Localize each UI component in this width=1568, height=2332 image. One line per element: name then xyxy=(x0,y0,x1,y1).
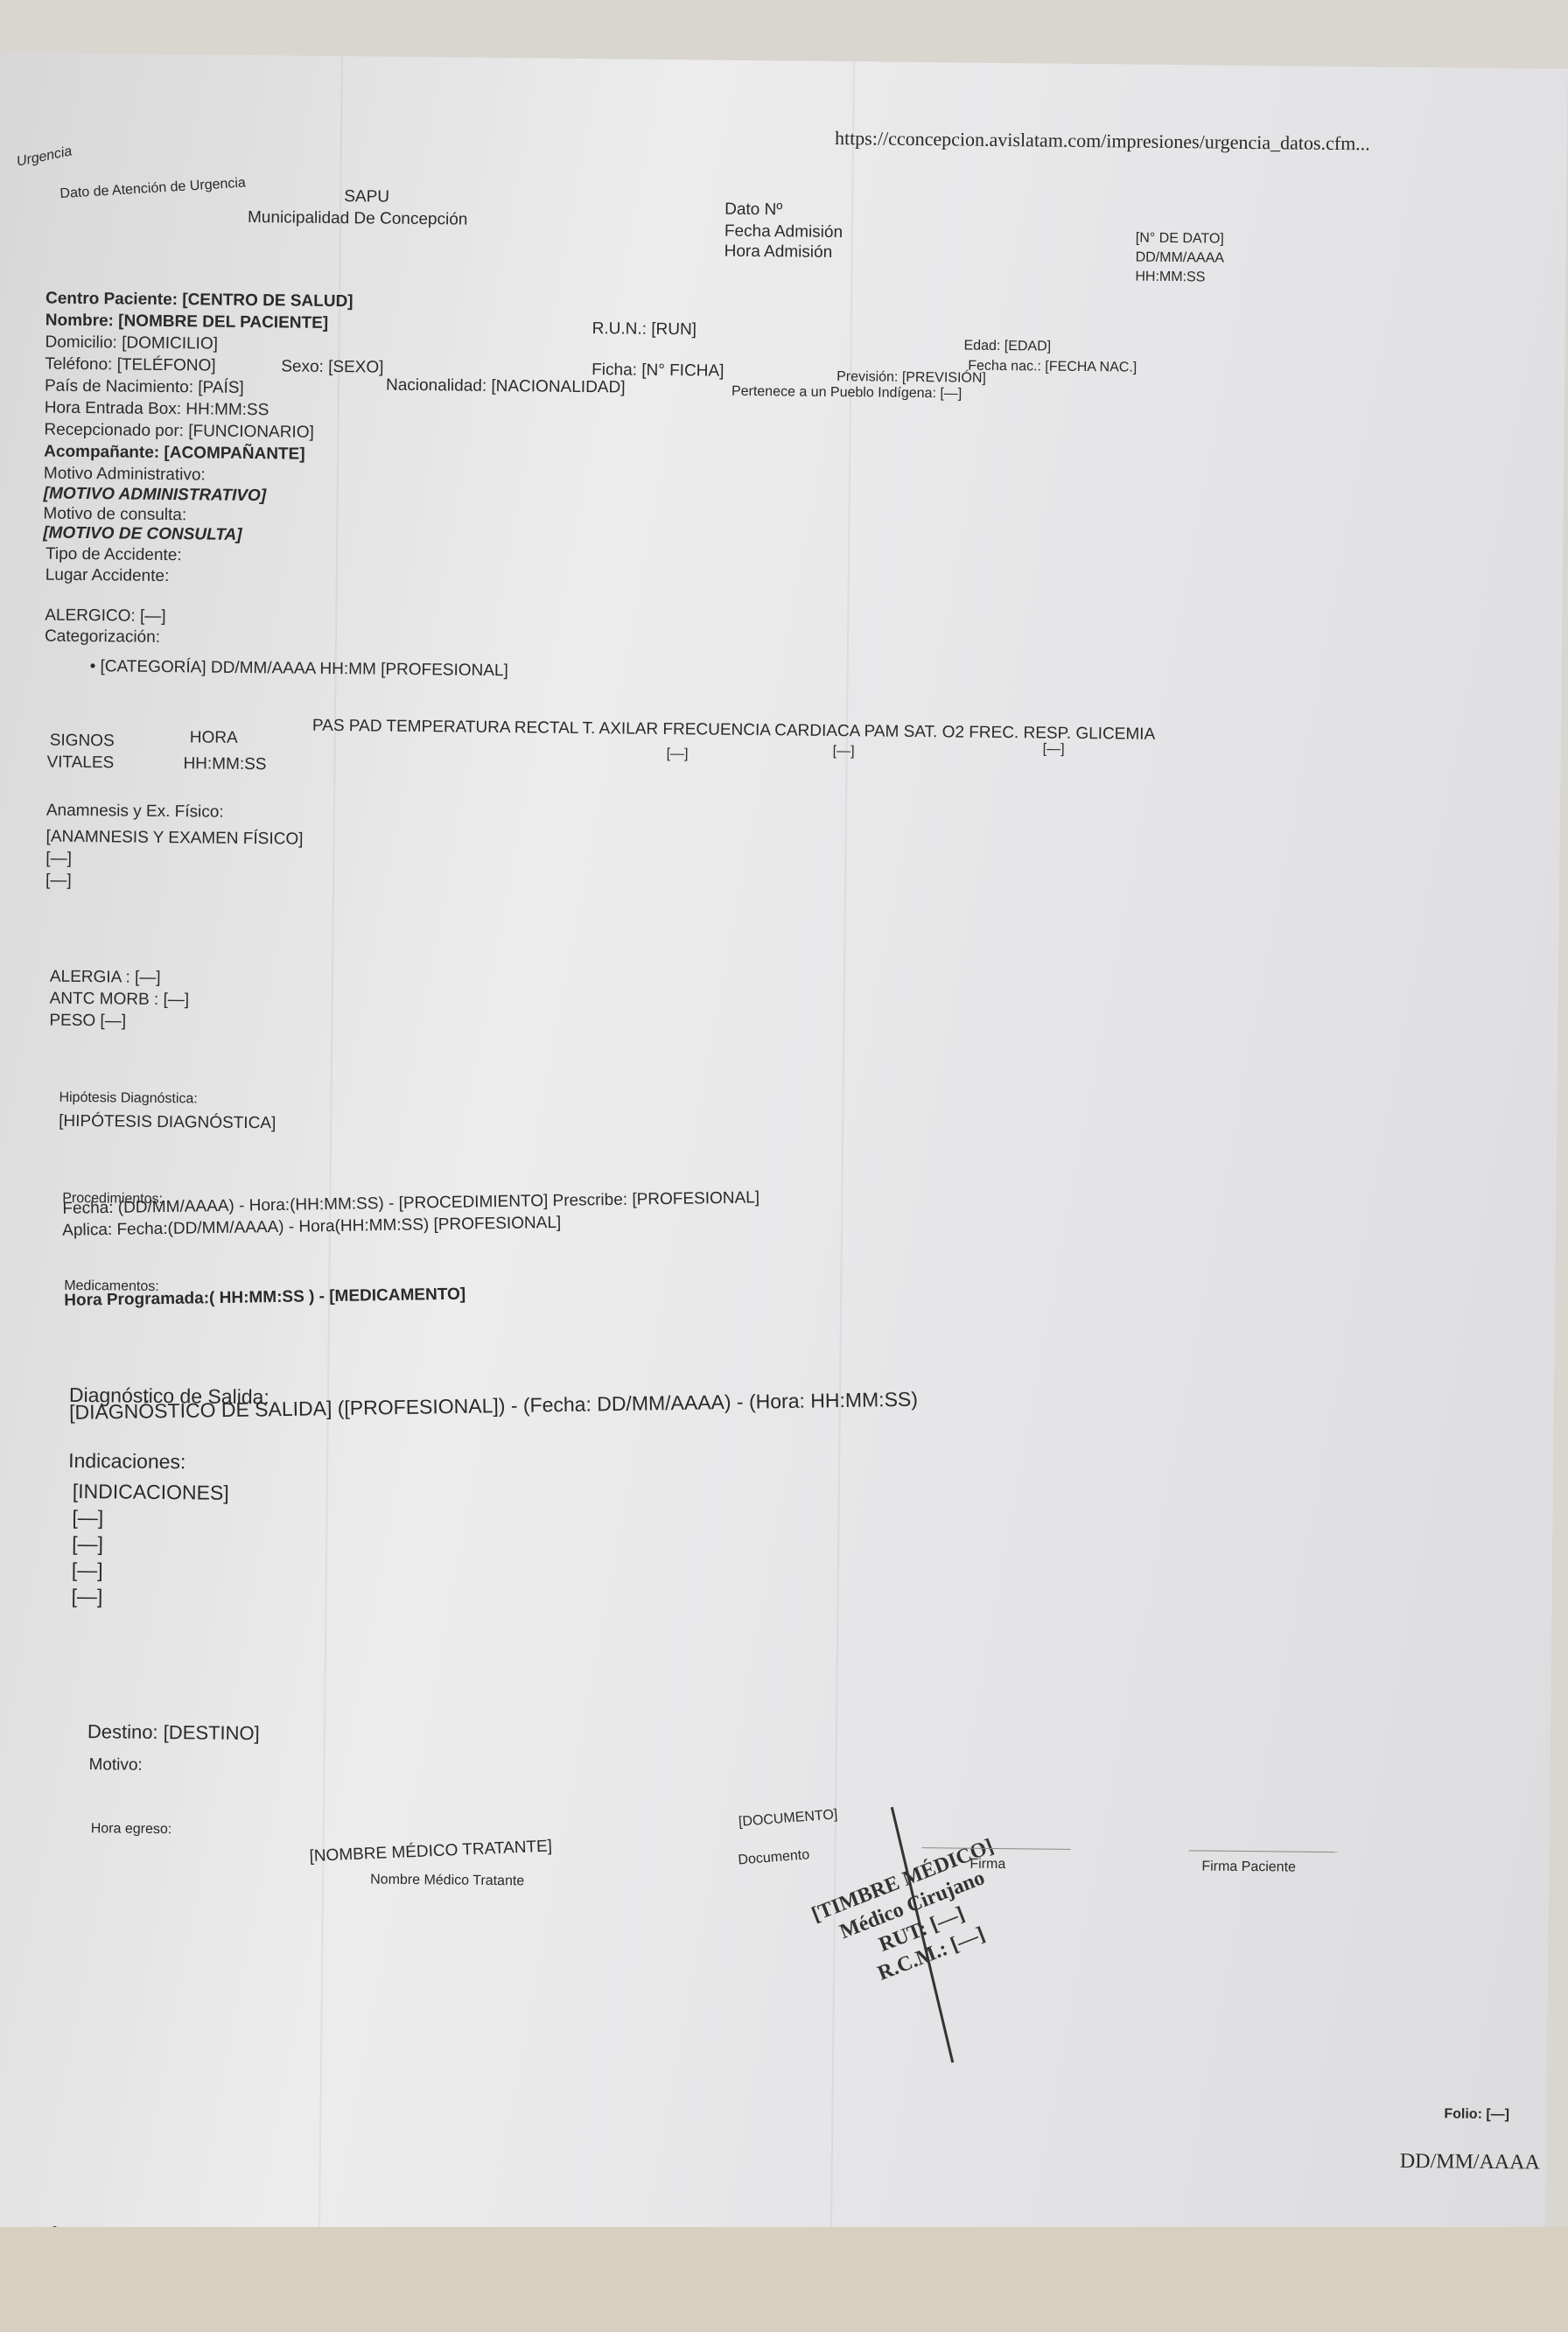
anamnesis-line: [ANAMNESIS Y EXAMEN FÍSICO] xyxy=(45,828,303,850)
patient-phone: Teléfono: [TELÉFONO] xyxy=(45,355,216,376)
print-url: https://cconcepcion.avislatam.com/impres… xyxy=(835,127,1370,155)
signature-label: Firma xyxy=(969,1857,1005,1873)
vital-sat: [—] xyxy=(1043,742,1065,758)
patient-name: Nombre: [NOMBRE DEL PACIENTE] xyxy=(45,312,329,333)
accident-place: Lugar Accidente: xyxy=(45,566,170,586)
admin-reason: [MOTIVO ADMINISTRATIVO] xyxy=(44,485,267,507)
fecha-adm-label: Fecha Admisión xyxy=(724,222,843,242)
patient-country: País de Nacimiento: [PAÍS] xyxy=(45,377,244,398)
accident-type: Tipo de Accidente: xyxy=(45,545,182,566)
destination: Destino: [DESTINO] xyxy=(87,1720,260,1745)
form-title: Dato de Atención de Urgencia xyxy=(59,176,246,203)
received-by: Recepcionado por: [FUNCIONARIO] xyxy=(44,421,314,443)
corner-label: Urgencia xyxy=(16,144,73,170)
folio: Folio: [—] xyxy=(1444,2106,1509,2123)
patient-nationality: Nacionalidad: [NACIONALIDAD] xyxy=(386,376,626,398)
vitals-columns: PAS PAD TEMPERATURA RECTAL T. AXILAR FRE… xyxy=(312,717,1155,745)
vitals-hora: HH:MM:SS xyxy=(183,754,266,774)
indications-label: Indicaciones: xyxy=(68,1449,186,1474)
patient-run: R.U.N.: [RUN] xyxy=(592,319,697,340)
vitals-label-2: VITALES xyxy=(46,753,114,774)
patient-signature-label: Firma Paciente xyxy=(1201,1859,1296,1875)
indication-line: [—] xyxy=(72,1558,103,1582)
companion: Acompañante: [ACOMPAÑANTE] xyxy=(44,443,305,465)
patient-age: Edad: [EDAD] xyxy=(963,339,1051,355)
procedure-apply: Aplica: Fecha:(DD/MM/AAAA) - Hora(HH:MM:… xyxy=(62,1214,561,1241)
patient-address: Domicilio: [DOMICILIO] xyxy=(45,333,218,354)
print-date: DD/MM/AAAA xyxy=(1400,2150,1540,2175)
municipality: Municipalidad De Concepción xyxy=(248,208,468,230)
centro-paciente: Centro Paciente: [CENTRO DE SALUD] xyxy=(45,290,353,312)
categorization: • [CATEGORÍA] DD/MM/AAAA HH:MM [PROFESIO… xyxy=(90,657,508,681)
hypothesis-label: Hipótesis Diagnóstica: xyxy=(59,1090,197,1108)
document-number: [DOCUMENTO] xyxy=(738,1807,838,1831)
vitals-label: SIGNOS xyxy=(50,732,115,752)
indication-line: [—] xyxy=(72,1506,103,1530)
background-fabric xyxy=(0,2227,1568,2332)
vitals-hora-header: HORA xyxy=(190,728,238,748)
hora-adm-label: Hora Admisión xyxy=(724,242,833,263)
document-label: Documento xyxy=(738,1847,810,1868)
anamnesis-line: [—] xyxy=(45,850,72,869)
document-page: Urgencia https://cconcepcion.avislatam.c… xyxy=(0,53,1568,2274)
vital-t-axilar: [—] xyxy=(667,746,689,762)
hypothesis: [HIPÓTESIS DIAGNÓSTICA] xyxy=(59,1112,276,1134)
dato-value: [N° DE DATO] xyxy=(1136,231,1224,248)
consult-reason-label: Motivo de consulta: xyxy=(43,505,186,526)
paper-fold xyxy=(318,56,343,2261)
patient-dob: Fecha nac.: [FECHA NAC.] xyxy=(968,359,1137,376)
treating-physician-label: Nombre Médico Tratante xyxy=(370,1873,524,1890)
exit-time-label: Hora egreso: xyxy=(91,1821,172,1838)
anamnesis-label: Anamnesis y Ex. Físico: xyxy=(46,802,224,823)
admin-reason-label: Motivo Administrativo: xyxy=(44,465,206,486)
procedure-line: Fecha: (DD/MM/AAAA) - Hora:(HH:MM:SS) - … xyxy=(62,1188,759,1219)
patient-signature-line xyxy=(1189,1850,1338,1852)
allergic: ALERGICO: [—] xyxy=(45,606,166,627)
fecha-adm-value: DD/MM/AAAA xyxy=(1136,250,1225,267)
dato-label: Dato Nº xyxy=(724,200,782,221)
treating-physician: [NOMBRE MÉDICO TRATANTE] xyxy=(309,1837,552,1866)
indication-line: [INDICACIONES] xyxy=(73,1480,229,1505)
patient-indigenous: Pertenece a un Pueblo Indígena: [—] xyxy=(731,384,962,403)
allergy: ALERGIA : [—] xyxy=(50,968,161,988)
weight: PESO [—] xyxy=(49,1012,126,1032)
org-name: SAPU xyxy=(344,187,389,207)
patient-sex: Sexo: [SEXO] xyxy=(281,357,383,377)
exit-reason: Motivo: xyxy=(88,1755,142,1775)
categorization-label: Categorización: xyxy=(45,627,160,648)
indication-line: [—] xyxy=(71,1585,102,1608)
indication-line: [—] xyxy=(72,1532,103,1556)
hora-adm-value: HH:MM:SS xyxy=(1135,270,1205,286)
consult-reason: [MOTIVO DE CONSULTA] xyxy=(43,524,241,545)
morbid-history: ANTC MORB : [—] xyxy=(50,990,190,1011)
vital-fc: [—] xyxy=(833,744,855,760)
box-entry-time: Hora Entrada Box: HH:MM:SS xyxy=(45,399,269,421)
patient-prevision: Previsión: [PREVISIÓN] xyxy=(836,369,986,387)
anamnesis-line: [—] xyxy=(45,872,72,891)
